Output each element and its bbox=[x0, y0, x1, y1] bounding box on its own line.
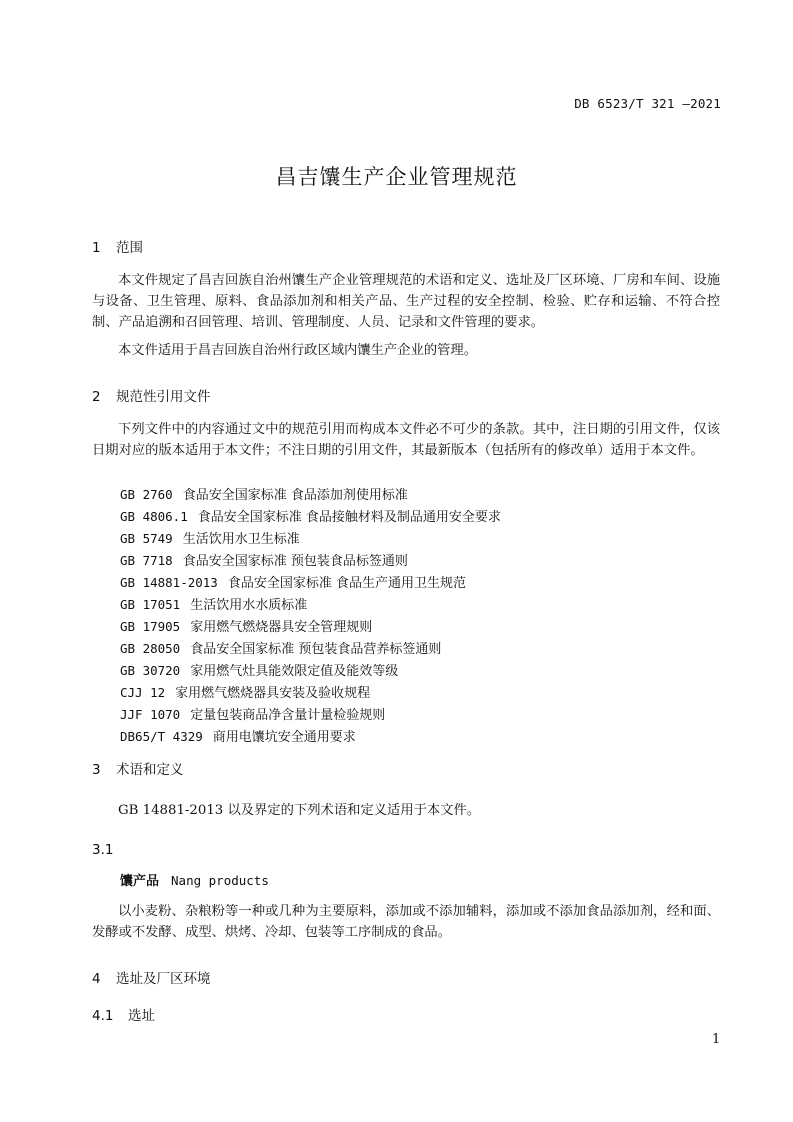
reference-title: 食品安全国家标准 食品添加剂使用标准 bbox=[183, 488, 408, 503]
reference-title: 食品安全国家标准 食品接触材料及制品通用安全要求 bbox=[198, 510, 501, 525]
subsection-title: 选址 bbox=[128, 1008, 155, 1024]
section-title: 规范性引用文件 bbox=[116, 389, 211, 405]
subsection-number: 4.1 bbox=[92, 1008, 128, 1024]
reference-title: 家用燃气燃烧器具安装及验收规程 bbox=[175, 686, 370, 701]
reference-code: CJJ 12 bbox=[120, 685, 165, 700]
document-title: 昌吉馕生产企业管理规范 bbox=[0, 161, 793, 191]
terms-intro: GB 14881-2013 以及界定的下列术语和定义适用于本文件。 bbox=[92, 800, 720, 821]
reference-title: 家用燃气灶具能效限定值及能效等级 bbox=[190, 664, 398, 679]
term-entry: 馕产品Nang products bbox=[120, 870, 269, 889]
reference-code: GB 17905 bbox=[120, 619, 180, 634]
reference-list: GB 2760食品安全国家标准 食品添加剂使用标准 GB 4806.1食品安全国… bbox=[120, 484, 501, 748]
reference-title: 定量包装商品净含量计量检验规则 bbox=[190, 708, 385, 723]
reference-code: GB 14881-2013 bbox=[120, 575, 218, 590]
reference-title: 生活饮用水卫生标准 bbox=[183, 532, 300, 547]
section-heading-terms: 3术语和定义 bbox=[92, 758, 184, 778]
reference-item: GB 28050食品安全国家标准 预包装食品营养标签通则 bbox=[120, 638, 501, 660]
reference-item: GB 4806.1食品安全国家标准 食品接触材料及制品通用安全要求 bbox=[120, 506, 501, 528]
reference-title: 生活饮用水水质标准 bbox=[190, 598, 307, 613]
subsection-heading-site: 4.1选址 bbox=[92, 1004, 155, 1024]
reference-item: DB65/T 4329商用电馕坑安全通用要求 bbox=[120, 726, 501, 748]
reference-title: 家用燃气燃烧器具安全管理规则 bbox=[190, 620, 372, 635]
document-code: DB 6523/T 321 —2021 bbox=[574, 96, 721, 111]
reference-title: 食品安全国家标准 预包装食品标签通则 bbox=[183, 554, 408, 569]
reference-code: GB 5749 bbox=[120, 531, 173, 546]
reference-item: GB 5749生活饮用水卫生标准 bbox=[120, 528, 501, 550]
term-definition: 以小麦粉、杂粮粉等一种或几种为主要原料，添加或不添加辅料，添加或不添加食品添加剂… bbox=[92, 901, 720, 943]
reference-item: GB 17051生活饮用水水质标准 bbox=[120, 594, 501, 616]
reference-item: GB 14881-2013食品安全国家标准 食品生产通用卫生规范 bbox=[120, 572, 501, 594]
reference-code: DB65/T 4329 bbox=[120, 729, 203, 744]
scope-paragraph-1: 本文件规定了昌吉回族自治州馕生产企业管理规范的术语和定义、选址及厂区环境、厂房和… bbox=[92, 270, 720, 333]
reference-title: 食品安全国家标准 预包装食品营养标签通则 bbox=[190, 642, 441, 657]
scope-paragraph-2: 本文件适用于昌吉回族自治州行政区域内馕生产企业的管理。 bbox=[92, 340, 720, 361]
section-number: 3 bbox=[92, 762, 116, 778]
term-chinese: 馕产品 bbox=[120, 874, 159, 889]
reference-code: GB 2760 bbox=[120, 487, 173, 502]
section-title: 选址及厂区环境 bbox=[116, 971, 211, 987]
reference-code: GB 4806.1 bbox=[120, 509, 188, 524]
reference-title: 商用电馕坑安全通用要求 bbox=[213, 730, 356, 745]
section-number: 1 bbox=[92, 240, 116, 256]
reference-code: GB 7718 bbox=[120, 553, 173, 568]
reference-item: GB 30720家用燃气灶具能效限定值及能效等级 bbox=[120, 660, 501, 682]
reference-item: JJF 1070定量包装商品净含量计量检验规则 bbox=[120, 704, 501, 726]
section-title: 范围 bbox=[116, 240, 143, 256]
reference-title: 食品安全国家标准 食品生产通用卫生规范 bbox=[228, 576, 466, 591]
section-heading-scope: 1范围 bbox=[92, 236, 143, 256]
reference-code: JJF 1070 bbox=[120, 707, 180, 722]
reference-code: GB 17051 bbox=[120, 597, 180, 612]
term-number: 3.1 bbox=[92, 842, 113, 858]
section-number: 4 bbox=[92, 971, 116, 987]
section-number: 2 bbox=[92, 389, 116, 405]
section-heading-site-selection: 4选址及厂区环境 bbox=[92, 967, 211, 987]
reference-code: GB 30720 bbox=[120, 663, 180, 678]
section-heading-normative-references: 2规范性引用文件 bbox=[92, 385, 211, 405]
reference-item: GB 7718食品安全国家标准 预包装食品标签通则 bbox=[120, 550, 501, 572]
reference-item: CJJ 12家用燃气燃烧器具安装及验收规程 bbox=[120, 682, 501, 704]
reference-item: GB 17905家用燃气燃烧器具安全管理规则 bbox=[120, 616, 501, 638]
section-title: 术语和定义 bbox=[116, 762, 184, 778]
reference-item: GB 2760食品安全国家标准 食品添加剂使用标准 bbox=[120, 484, 501, 506]
page-number: 1 bbox=[712, 1032, 720, 1047]
term-english: Nang products bbox=[171, 873, 269, 888]
references-intro: 下列文件中的内容通过文中的规范引用而构成本文件必不可少的条款。其中，注日期的引用… bbox=[92, 419, 720, 461]
reference-code: GB 28050 bbox=[120, 641, 180, 656]
